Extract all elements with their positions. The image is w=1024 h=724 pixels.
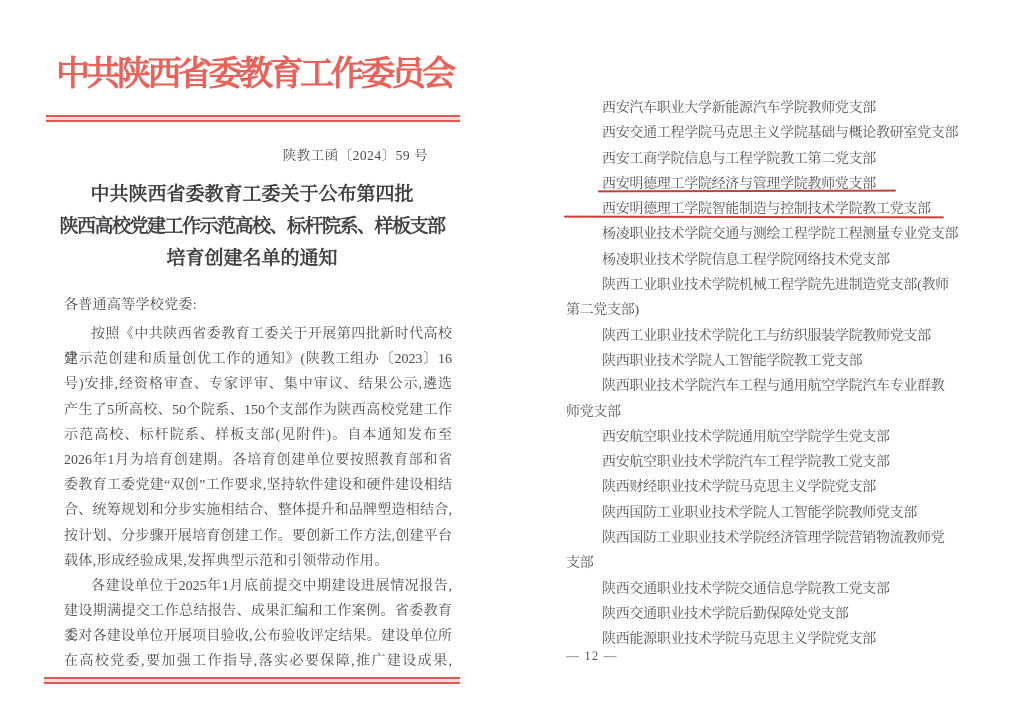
document-scan: 中共陕西省委教育工作委员会 陕教工函〔2024〕59 号 中共陕西省委教育工委关… [0,0,1024,724]
body-line: 按照《中共陕西省委教育工委关于开展第四批新时代高校党 [64,322,452,347]
doc-number: 陕教工函〔2024〕59 号 [58,144,428,164]
list-line: 陕西交通职业技术学院交通信息学院教工党支部 [566,577,1018,602]
body-line: 按计划、分步骤开展培育创建工作。要创新工作方法,创建平台 [64,524,452,549]
body-line: 在高校党委,要加强工作指导,落实必要保障,推广建设成果, [64,649,452,674]
list-line: 陕西能源职业技术学院马克思主义学院党支部 [566,627,1018,652]
list-line: 西安汽车职业大学新能源汽车学院教师党支部 [566,96,1018,121]
list-line: 西安航空职业技术学院通用航空学院学生党支部 [566,425,1018,450]
body-line: 各建设单位于2025年1月底前提交中期建设进展情况报告, [64,574,452,599]
body-line: 建设期满提交工作总结报告、成果汇编和工作案例。省委教育工 [64,599,452,624]
page-number: — 12 — [566,648,618,664]
notice-body: 按照《中共陕西省委教育工委关于开展第四批新时代高校党建示范创建和质量创优工作的通… [64,322,452,675]
notice-title: 中共陕西省委教育工委关于公布第四批 陕西高校党建工作示范高校、标杆院系、样板支部… [42,179,462,275]
body-line: 2026年1月为培育创建期。各培育创建单位要按照教育部和省 [64,448,452,473]
list-line: 陕西职业技术学院汽车工程与通用航空学院汽车专业群教 [566,374,1018,399]
list-line: 陕西国防工业职业技术学院人工智能学院教师党支部 [566,501,1018,526]
title-line: 中共陕西省委教育工委关于公布第四批 [42,179,462,211]
list-line: 西安交通工程学院马克思主义学院基础与概论教研室党支部 [566,121,1018,146]
list-line: 西安明德理工学院经济与管理学院教师党支部 [566,172,1018,197]
salutation: 各普通高等学校党委: [64,294,197,314]
body-line: 合、统筹规划和分步实施相结合、整体提升和品牌塑造相结合, [64,498,452,523]
body-line: 示范高校、标杆院系、样板支部(见附件)。自本通知发布至 [64,423,452,448]
list-line: 陕西财经职业技术学院马克思主义学院党支部 [566,475,1018,500]
title-line: 陕西高校党建工作示范高校、标杆院系、样板支部 [42,211,462,243]
list-line: 陕西国防工业职业技术学院经济管理学院营销物流教师党 [566,526,1018,551]
red-underline-annotation [598,190,896,193]
list-line: 陕西职业技术学院人工智能学院教工党支部 [566,349,1018,374]
body-line: 委对各建设单位开展项目验收,公布验收评定结果。建设单位所 [64,624,452,649]
title-line: 培育创建名单的通知 [42,243,462,275]
list-line: 第二党支部) [566,298,1018,323]
list-line: 西安航空职业技术学院汽车工程学院教工党支部 [566,450,1018,475]
body-line: 号)安排,经资格审查、专家评审、集中审议、结果公示,遴选 [64,372,452,397]
list-line: 杨凌职业技术学院信息工程学院网络技术党支部 [566,248,1018,273]
list-line: 西安工商学院信息与工程学院教工第二党支部 [566,147,1018,172]
header-rule [46,115,460,122]
list-line: 支部 [566,551,1018,576]
agency-header: 中共陕西省委教育工作委员会 [56,54,460,96]
footer-rule [44,677,460,684]
red-underline-annotation [564,216,944,219]
list-line: 杨凌职业技术学院交通与测绘工程学院工程测量专业党支部 [566,222,1018,247]
body-line: 产生了5所高校、50个院系、150个支部作为陕西高校党建工作 [64,398,452,423]
body-line: 委教育工委党建“双创”工作要求,坚持软件建设和硬件建设相结 [64,473,452,498]
list-line: 陕西工业职业技术学院机械工程学院先进制造党支部(教师 [566,273,1018,298]
list-line: 师党支部 [566,400,1018,425]
list-line: 陕西工业职业技术学院化工与纺织服装学院教师党支部 [566,324,1018,349]
list-line: 西安明德理工学院智能制造与控制技术学院教工党支部 [566,197,1018,222]
body-line: 载体,形成经验成果,发挥典型示范和引领带动作用。 [64,549,452,574]
list-line: 陕西交通职业技术学院后勤保障处党支部 [566,602,1018,627]
body-line: 建示范创建和质量创优工作的通知》(陕教工组办〔2023〕16 [64,347,452,372]
branch-list: 西安汽车职业大学新能源汽车学院教师党支部西安交通工程学院马克思主义学院基础与概论… [566,96,1018,653]
